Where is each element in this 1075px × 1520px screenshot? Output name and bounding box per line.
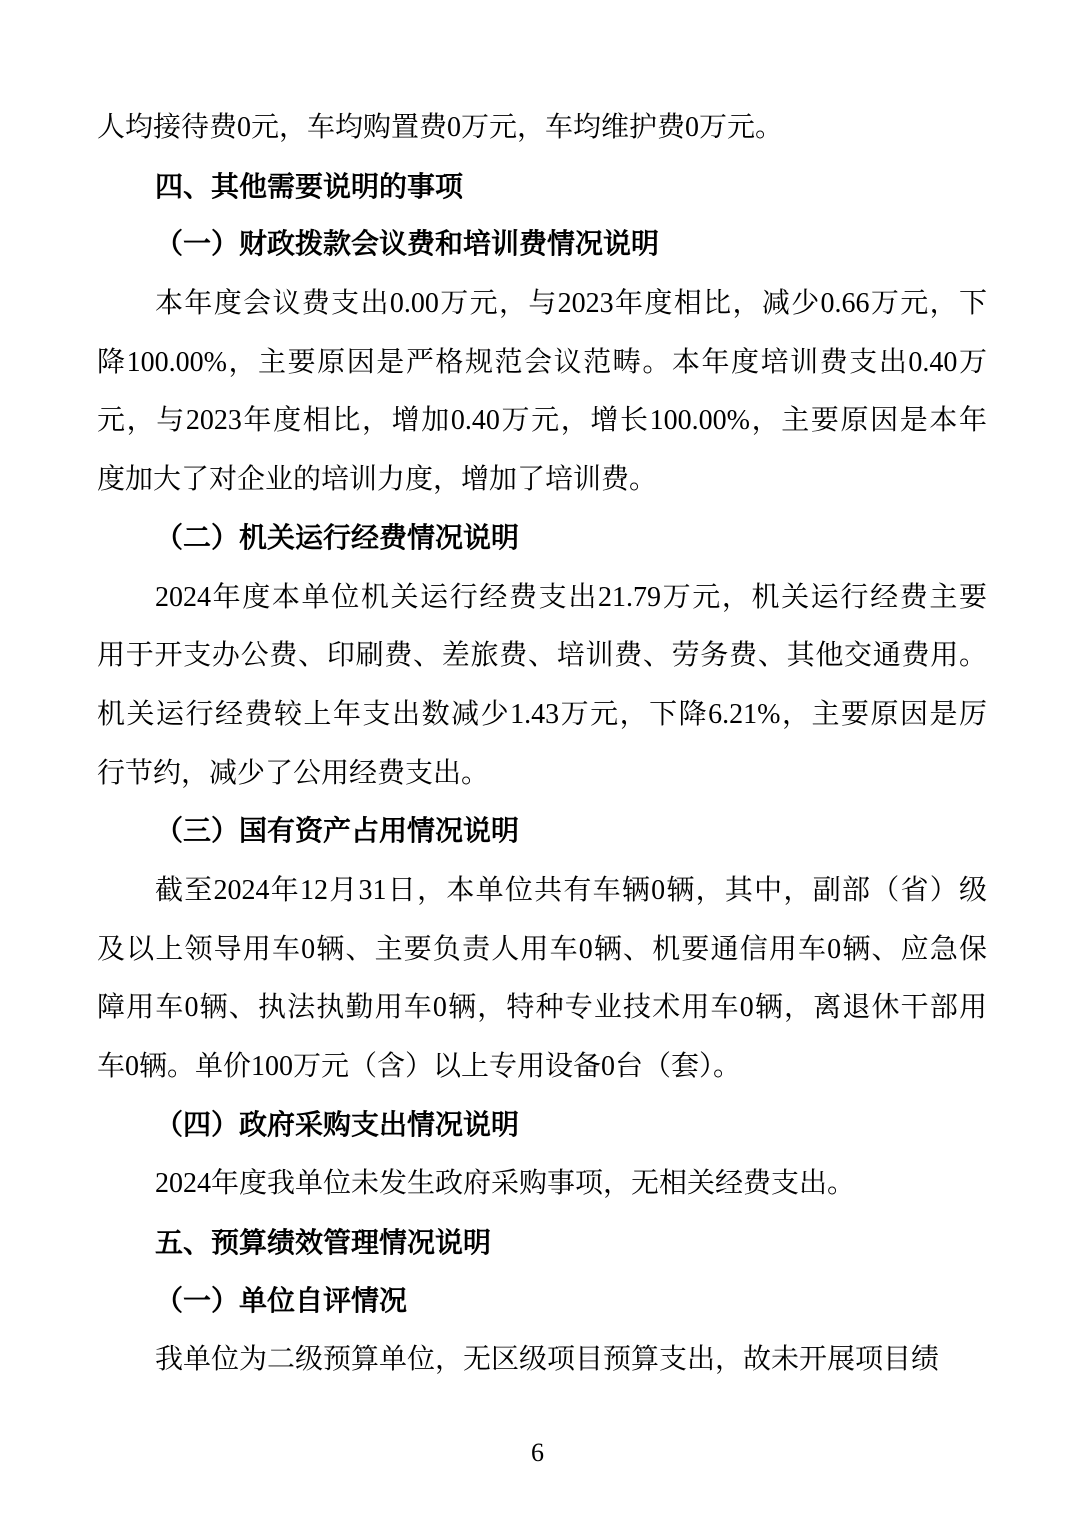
text-line: 机关运行经费较上年支出数减少1.43万元，下降6.21%，主要原因是厉 — [97, 686, 987, 745]
text-line: 人均接待费0元，车均购置费0万元，车均维护费0万元。 — [97, 99, 987, 158]
text-line: 元，与2023年度相比，增加0.40万元，增长100.00%，主要原因是本年 — [97, 392, 987, 451]
text-line: 降100.00%，主要原因是严格规范会议范畴。本年度培训费支出0.40万 — [97, 334, 987, 393]
text-line: 及以上领导用车0辆、主要负责人用车0辆、机要通信用车0辆、应急保 — [97, 921, 987, 980]
text-line: 四、其他需要说明的事项 — [97, 158, 987, 217]
page-number: 6 — [531, 1438, 544, 1467]
text-line: 五、预算绩效管理情况说明 — [97, 1214, 987, 1273]
text-line: 2024年度本单位机关运行经费支出21.79万元，机关运行经费主要 — [97, 569, 987, 628]
document-body: 人均接待费0元，车均购置费0万元，车均维护费0万元。四、其他需要说明的事项（一）… — [97, 99, 987, 1390]
text-line: （四）政府采购支出情况说明 — [97, 1097, 987, 1156]
text-line: 用于开支办公费、印刷费、差旅费、培训费、劳务费、其他交通费用。 — [97, 627, 987, 686]
text-line: 行节约，减少了公用经费支出。 — [97, 745, 987, 804]
text-line: 我单位为二级预算单位，无区级项目预算支出，故未开展项目绩 — [97, 1331, 987, 1390]
text-line: 度加大了对企业的培训力度，增加了培训费。 — [97, 451, 987, 510]
text-line: （二）机关运行经费情况说明 — [97, 510, 987, 569]
text-line: 车0辆。单价100万元（含）以上专用设备0台（套）。 — [97, 1038, 987, 1097]
text-line: 2024年度我单位未发生政府采购事项，无相关经费支出。 — [97, 1155, 987, 1214]
text-line: 障用车0辆、执法执勤用车0辆，特种专业技术用车0辆，离退休干部用 — [97, 979, 987, 1038]
text-line: 本年度会议费支出0.00万元，与2023年度相比，减少0.66万元，下 — [97, 275, 987, 334]
text-line: （一）财政拨款会议费和培训费情况说明 — [97, 216, 987, 275]
document-page: 人均接待费0元，车均购置费0万元，车均维护费0万元。四、其他需要说明的事项（一）… — [0, 0, 1075, 1520]
text-line: 截至2024年12月31日，本单位共有车辆0辆，其中，副部（省）级 — [97, 862, 987, 921]
text-line: （三）国有资产占用情况说明 — [97, 803, 987, 862]
page-footer: 6 — [0, 1424, 1075, 1483]
text-line: （一）单位自评情况 — [97, 1273, 987, 1332]
